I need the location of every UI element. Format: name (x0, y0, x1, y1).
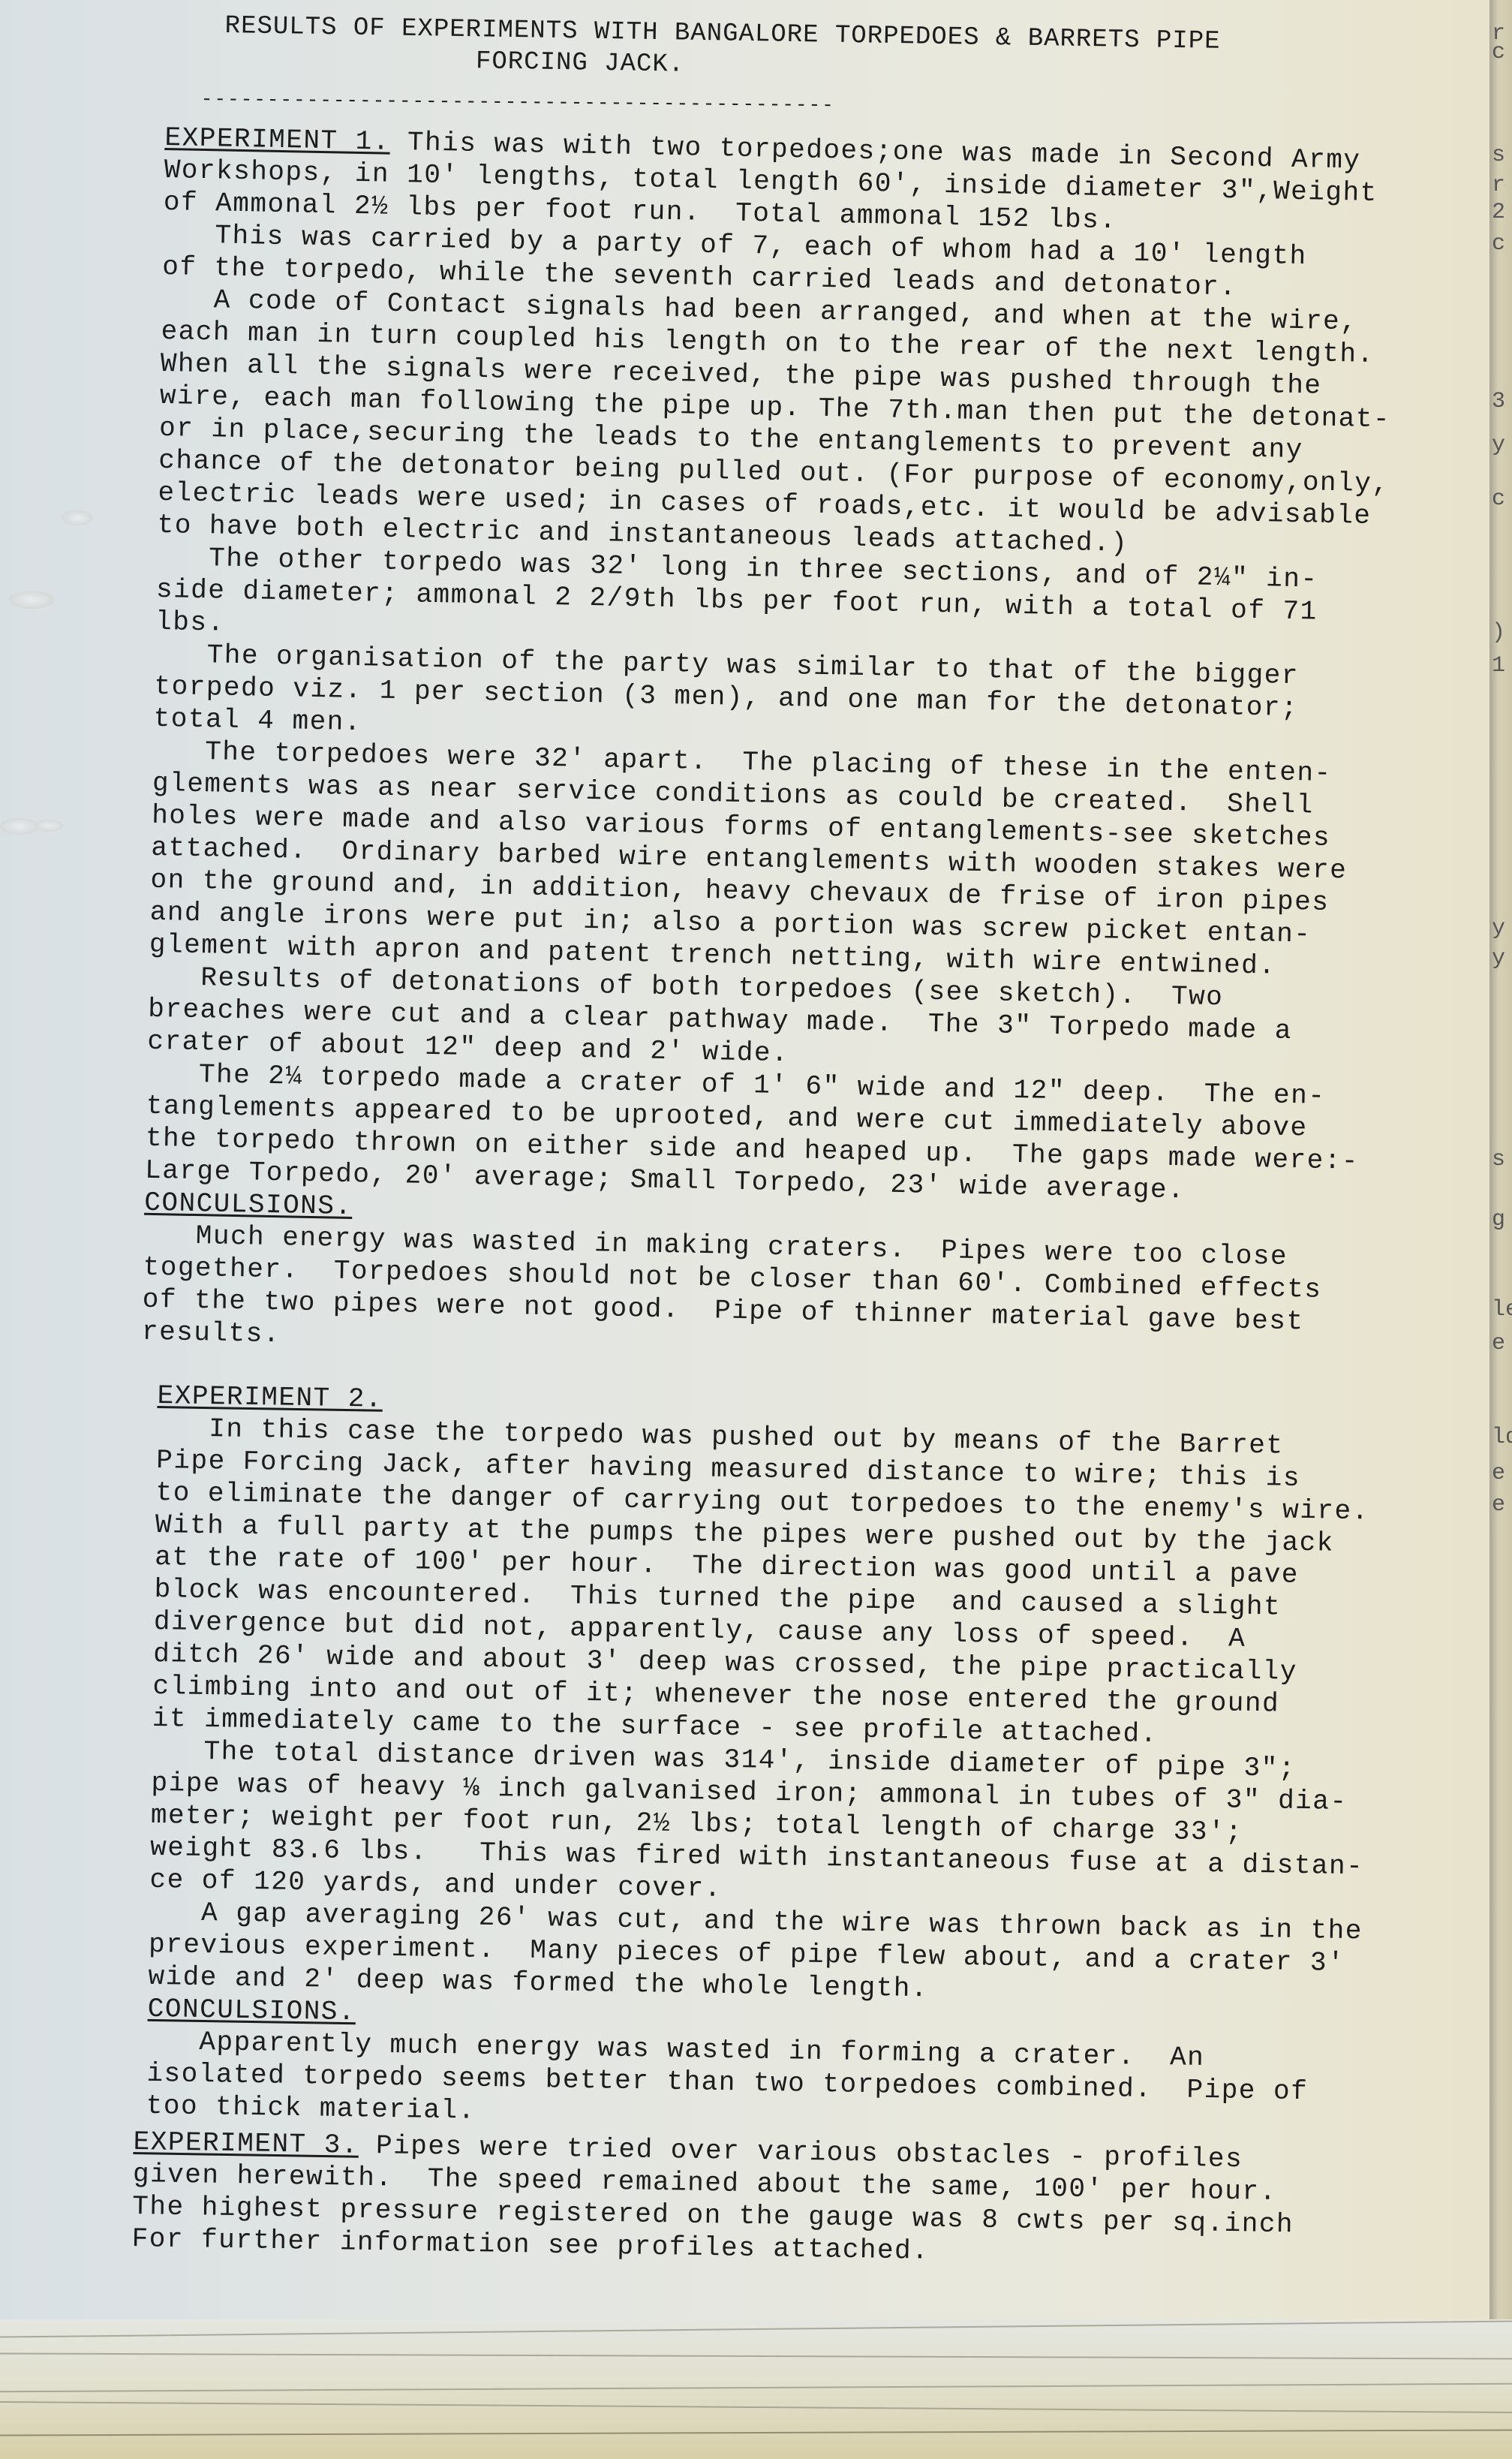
body-line: total 4 men. (153, 703, 362, 738)
margin-fragment: e (1492, 1332, 1505, 1355)
sheet-edge (0, 2352, 1512, 2359)
margin-fragment: y (1492, 917, 1505, 940)
experiment-2-section: EXPERIMENT 2. In this case the torpedo w… (146, 1380, 1371, 2141)
body-line: lbs. (155, 606, 225, 639)
margin-fragment: g (1492, 1208, 1505, 1231)
margin-fragment: s (1492, 144, 1505, 167)
document-title: RESULTS OF EXPERIMENTS WITH BANGALORE TO… (224, 11, 1426, 92)
margin-fragment: r (1492, 174, 1505, 197)
margin-fragment: e (1492, 1462, 1505, 1485)
stacked-sheet-edges (0, 2319, 1512, 2459)
margin-fragment: 3 (1492, 390, 1505, 413)
experiment-3-heading: EXPERIMENT 3. (133, 2126, 359, 2161)
experiment-3-section: EXPERIMENT 3. Pipes were tried over vari… (131, 2126, 1294, 2273)
margin-fragment: s (1492, 1148, 1505, 1171)
sheet-edge (0, 2383, 1512, 2393)
margin-fragment: c (1492, 41, 1505, 64)
conclusion-line: results. (142, 1317, 281, 1350)
experiment-2-conclusions-heading: CONCULSIONS. (148, 1994, 356, 2027)
margin-fragment: c (1492, 233, 1505, 255)
right-margin-fragments: r c s r 2 c 3 y c ) 1 y y s g le e ld e … (1492, 0, 1512, 2349)
margin-fragment: 1 (1492, 655, 1505, 677)
margin-fragment: 2 (1492, 201, 1505, 224)
margin-fragment: y (1492, 434, 1505, 456)
experiment-1-section: EXPERIMENT 1. This was with two torpedoe… (142, 122, 1396, 1371)
typed-document: RESULTS OF EXPERIMENTS WITH BANGALORE TO… (0, 0, 1489, 2349)
conclusion-line: too thick material. (146, 2090, 476, 2126)
sheet-edge (0, 2401, 1512, 2413)
experiment-2-heading: EXPERIMENT 2. (157, 1380, 383, 1415)
title-rule: ----------------------------------------… (201, 88, 1228, 120)
margin-fragment: c (1492, 488, 1505, 510)
margin-fragment: ) (1492, 622, 1505, 644)
margin-fragment: le (1492, 1299, 1512, 1321)
sheet-edge (0, 2320, 1512, 2337)
sheet-edge (0, 2429, 1512, 2436)
margin-fragment: e (1492, 1494, 1505, 1516)
experiment-1-conclusions-heading: CONCULSIONS. (144, 1187, 353, 1222)
experiment-1-heading: EXPERIMENT 1. (164, 122, 390, 158)
margin-fragment: ld (1492, 1426, 1512, 1449)
margin-fragment: y (1492, 947, 1505, 970)
